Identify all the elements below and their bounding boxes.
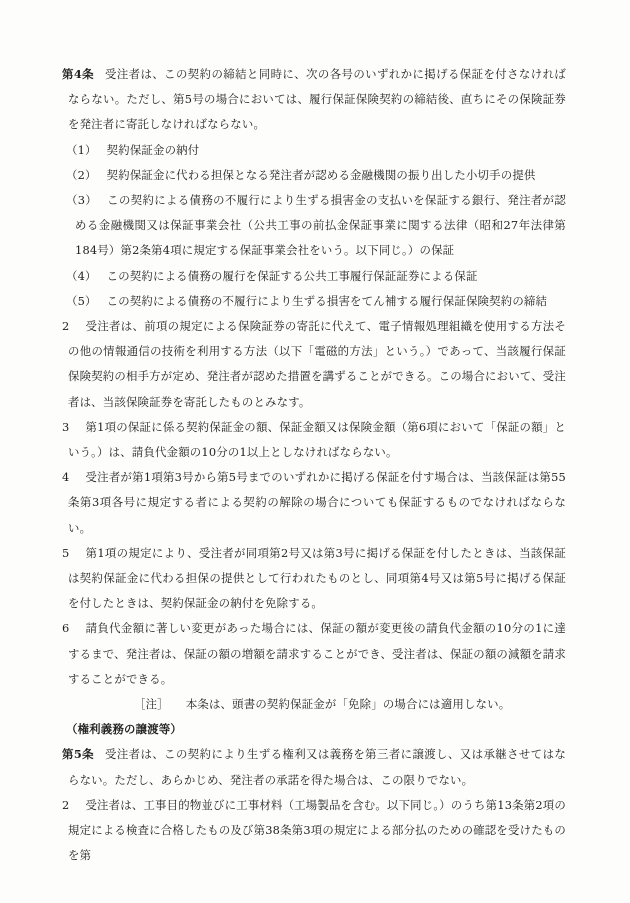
section-heading-text: （権利義務の譲渡等） (66, 722, 182, 736)
paragraph-block: 6請負代金額に著しい変更があった場合には、保証の額が変更後の請負代金額の10分の… (62, 616, 566, 692)
item-block: （3）この契約による債務の不履行により生ずる損害金の支払いを保証する銀行、発注者… (62, 188, 566, 264)
clause-label: 第5条 (62, 747, 94, 761)
paragraph-block: 3第1項の保証に係る契約保証金の額、保証金額又は保険金額（第6項において「保証の… (62, 415, 566, 465)
clause-text: 請負代金額に著しい変更があった場合には、保証の額が変更後の請負代金額の10分の1… (68, 621, 566, 685)
clause-label: （4） (66, 269, 97, 283)
contract-text-body: 第4条受注者は、この契約の締結と同時に、次の各号のいずれかに掲げる保証を付さなけ… (62, 62, 566, 869)
clause-text: 受注者は、この契約の締結と同時に、次の各号のいずれかに掲げる保証を付さなければな… (68, 67, 566, 131)
paragraph-block: 2受注者は、前項の規定による保険証券の寄託に代えて、電子情報処理組織を使用する方… (62, 314, 566, 415)
clause-text: この契約による債務の不履行により生ずる損害金の支払いを保証する銀行、発注者が認め… (75, 193, 566, 257)
clause-label: 2 (62, 319, 69, 333)
clause-label: （5） (66, 294, 97, 308)
clause-label: 3 (62, 420, 69, 434)
item-block: （2）契約保証金に代わる担保となる発注者が認める金融機関の振り出した小切手の提供 (62, 163, 566, 188)
clause-label: 6 (62, 621, 69, 635)
clause-text: 第1項の保証に係る契約保証金の額、保証金額又は保険金額（第6項において「保証の額… (68, 420, 566, 459)
clause-label: 5 (62, 546, 69, 560)
document-page: 第4条受注者は、この契約の締結と同時に、次の各号のいずれかに掲げる保証を付さなけ… (0, 0, 630, 903)
article-block: 第5条受注者は、この契約により生ずる権利又は義務を第三者に譲渡し、又は承継させて… (62, 742, 566, 792)
clause-label: 4 (62, 470, 69, 484)
paragraph-block: 5第1項の規定により、受注者が同項第2号又は第3号に掲げる保証を付したときは、当… (62, 541, 566, 617)
clause-label: （1） (66, 143, 97, 157)
clause-text: この契約による債務の不履行により生ずる損害をてん補する履行保証保険契約の締結 (107, 294, 547, 308)
clause-text: 契約保証金の納付 (107, 143, 200, 157)
clause-text: 受注者は、前項の規定による保険証券の寄託に代えて、電子情報処理組織を使用する方法… (68, 319, 566, 409)
clause-label: ［注］ (134, 697, 169, 711)
clause-text: 契約保証金に代わる担保となる発注者が認める金融機関の振り出した小切手の提供 (107, 168, 536, 182)
item-block: （4）この契約による債務の履行を保証する公共工事履行保証証券による保証 (62, 264, 566, 289)
clause-label: （3） (66, 193, 97, 207)
paragraph-block: 4受注者が第1項第3号から第5号までのいずれかに掲げる保証を付す場合は、当該保証… (62, 465, 566, 541)
section-heading: （権利義務の譲渡等） (62, 717, 566, 742)
paragraph-block: 2受注者は、工事目的物並びに工事材料（工場製品を含む。以下同じ。）のうち第13条… (62, 793, 566, 869)
article-block: 第4条受注者は、この契約の締結と同時に、次の各号のいずれかに掲げる保証を付さなけ… (62, 62, 566, 138)
clause-text: 第1項の規定により、受注者が同項第2号又は第3号に掲げる保証を付したときは、当該… (68, 546, 566, 610)
item-block: （5）この契約による債務の不履行により生ずる損害をてん補する履行保証保険契約の締… (62, 289, 566, 314)
clause-label: 第4条 (62, 67, 94, 81)
note-block: ［注］本条は、頭書の契約保証金が「免除」の場合には適用しない。 (62, 692, 566, 717)
clause-text: 受注者は、工事目的物並びに工事材料（工場製品を含む。以下同じ。）のうち第13条第… (68, 798, 566, 862)
clause-label: （2） (66, 168, 97, 182)
clause-text: この契約による債務の履行を保証する公共工事履行保証証券による保証 (107, 269, 478, 283)
item-block: （1）契約保証金の納付 (62, 138, 566, 163)
clause-text: 受注者が第1項第3号から第5号までのいずれかに掲げる保証を付す場合は、当該保証は… (68, 470, 566, 534)
clause-text: 本条は、頭書の契約保証金が「免除」の場合には適用しない。 (186, 697, 511, 711)
clause-label: 2 (62, 798, 69, 812)
clause-text: 受注者は、この契約により生ずる権利又は義務を第三者に譲渡し、又は承継させてはなら… (68, 747, 566, 786)
